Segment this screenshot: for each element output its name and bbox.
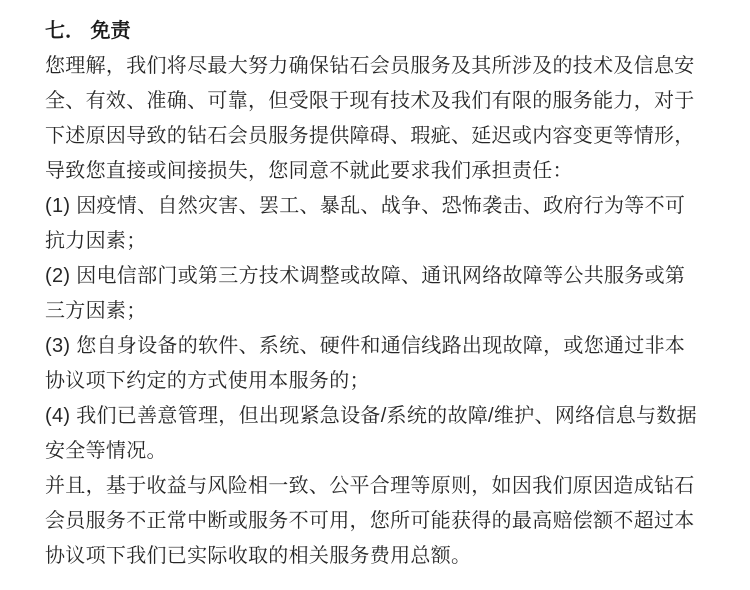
- text-line: 安全等情况。: [45, 434, 705, 469]
- text-line: 抗力因素；: [45, 224, 705, 259]
- text-line: 全、有效、准确、可靠，但受限于现有技术及我们有限的服务能力，对于: [45, 84, 705, 119]
- clause-item-4: (4) 我们已善意管理，但出现紧急设备/系统的故障/维护、网络信息与数据 安全等…: [45, 399, 705, 469]
- intro-paragraph: 您理解，我们将尽最大努力确保钻石会员服务及其所涉及的技术及信息安 全、有效、准确…: [45, 49, 705, 189]
- text-line: (2) 因电信部门或第三方技术调整或故障、通讯网络故障等公共服务或第: [45, 259, 705, 294]
- text-line: (1) 因疫情、自然灾害、罢工、暴乱、战争、恐怖袭击、政府行为等不可: [45, 189, 705, 224]
- text-line: 下述原因导致的钻石会员服务提供障碍、瑕疵、延迟或内容变更等情形，: [45, 119, 705, 154]
- text-line: 并且，基于收益与风险相一致、公平合理等原则，如因我们原因造成钻石: [45, 469, 705, 504]
- text-line: (4) 我们已善意管理，但出现紧急设备/系统的故障/维护、网络信息与数据: [45, 399, 705, 434]
- text-line: 协议项下我们已实际收取的相关服务费用总额。: [45, 539, 705, 574]
- clause-item-3: (3) 您自身设备的软件、系统、硬件和通信线路出现故障，或您通过非本 协议项下约…: [45, 329, 705, 399]
- closing-paragraph: 并且，基于收益与风险相一致、公平合理等原则，如因我们原因造成钻石 会员服务不正常…: [45, 469, 705, 574]
- section-heading: 七． 免责: [45, 14, 705, 49]
- clause-item-1: (1) 因疫情、自然灾害、罢工、暴乱、战争、恐怖袭击、政府行为等不可 抗力因素；: [45, 189, 705, 259]
- text-line: 协议项下约定的方式使用本服务的；: [45, 364, 705, 399]
- clause-item-2: (2) 因电信部门或第三方技术调整或故障、通讯网络故障等公共服务或第 三方因素；: [45, 259, 705, 329]
- text-line: 导致您直接或间接损失，您同意不就此要求我们承担责任：: [45, 154, 705, 189]
- text-line: 三方因素；: [45, 294, 705, 329]
- text-line: 您理解，我们将尽最大努力确保钻石会员服务及其所涉及的技术及信息安: [45, 49, 705, 84]
- text-line: (3) 您自身设备的软件、系统、硬件和通信线路出现故障，或您通过非本: [45, 329, 705, 364]
- terms-document: 七． 免责 您理解，我们将尽最大努力确保钻石会员服务及其所涉及的技术及信息安 全…: [0, 0, 750, 574]
- text-line: 会员服务不正常中断或服务不可用，您所可能获得的最高赔偿额不超过本: [45, 504, 705, 539]
